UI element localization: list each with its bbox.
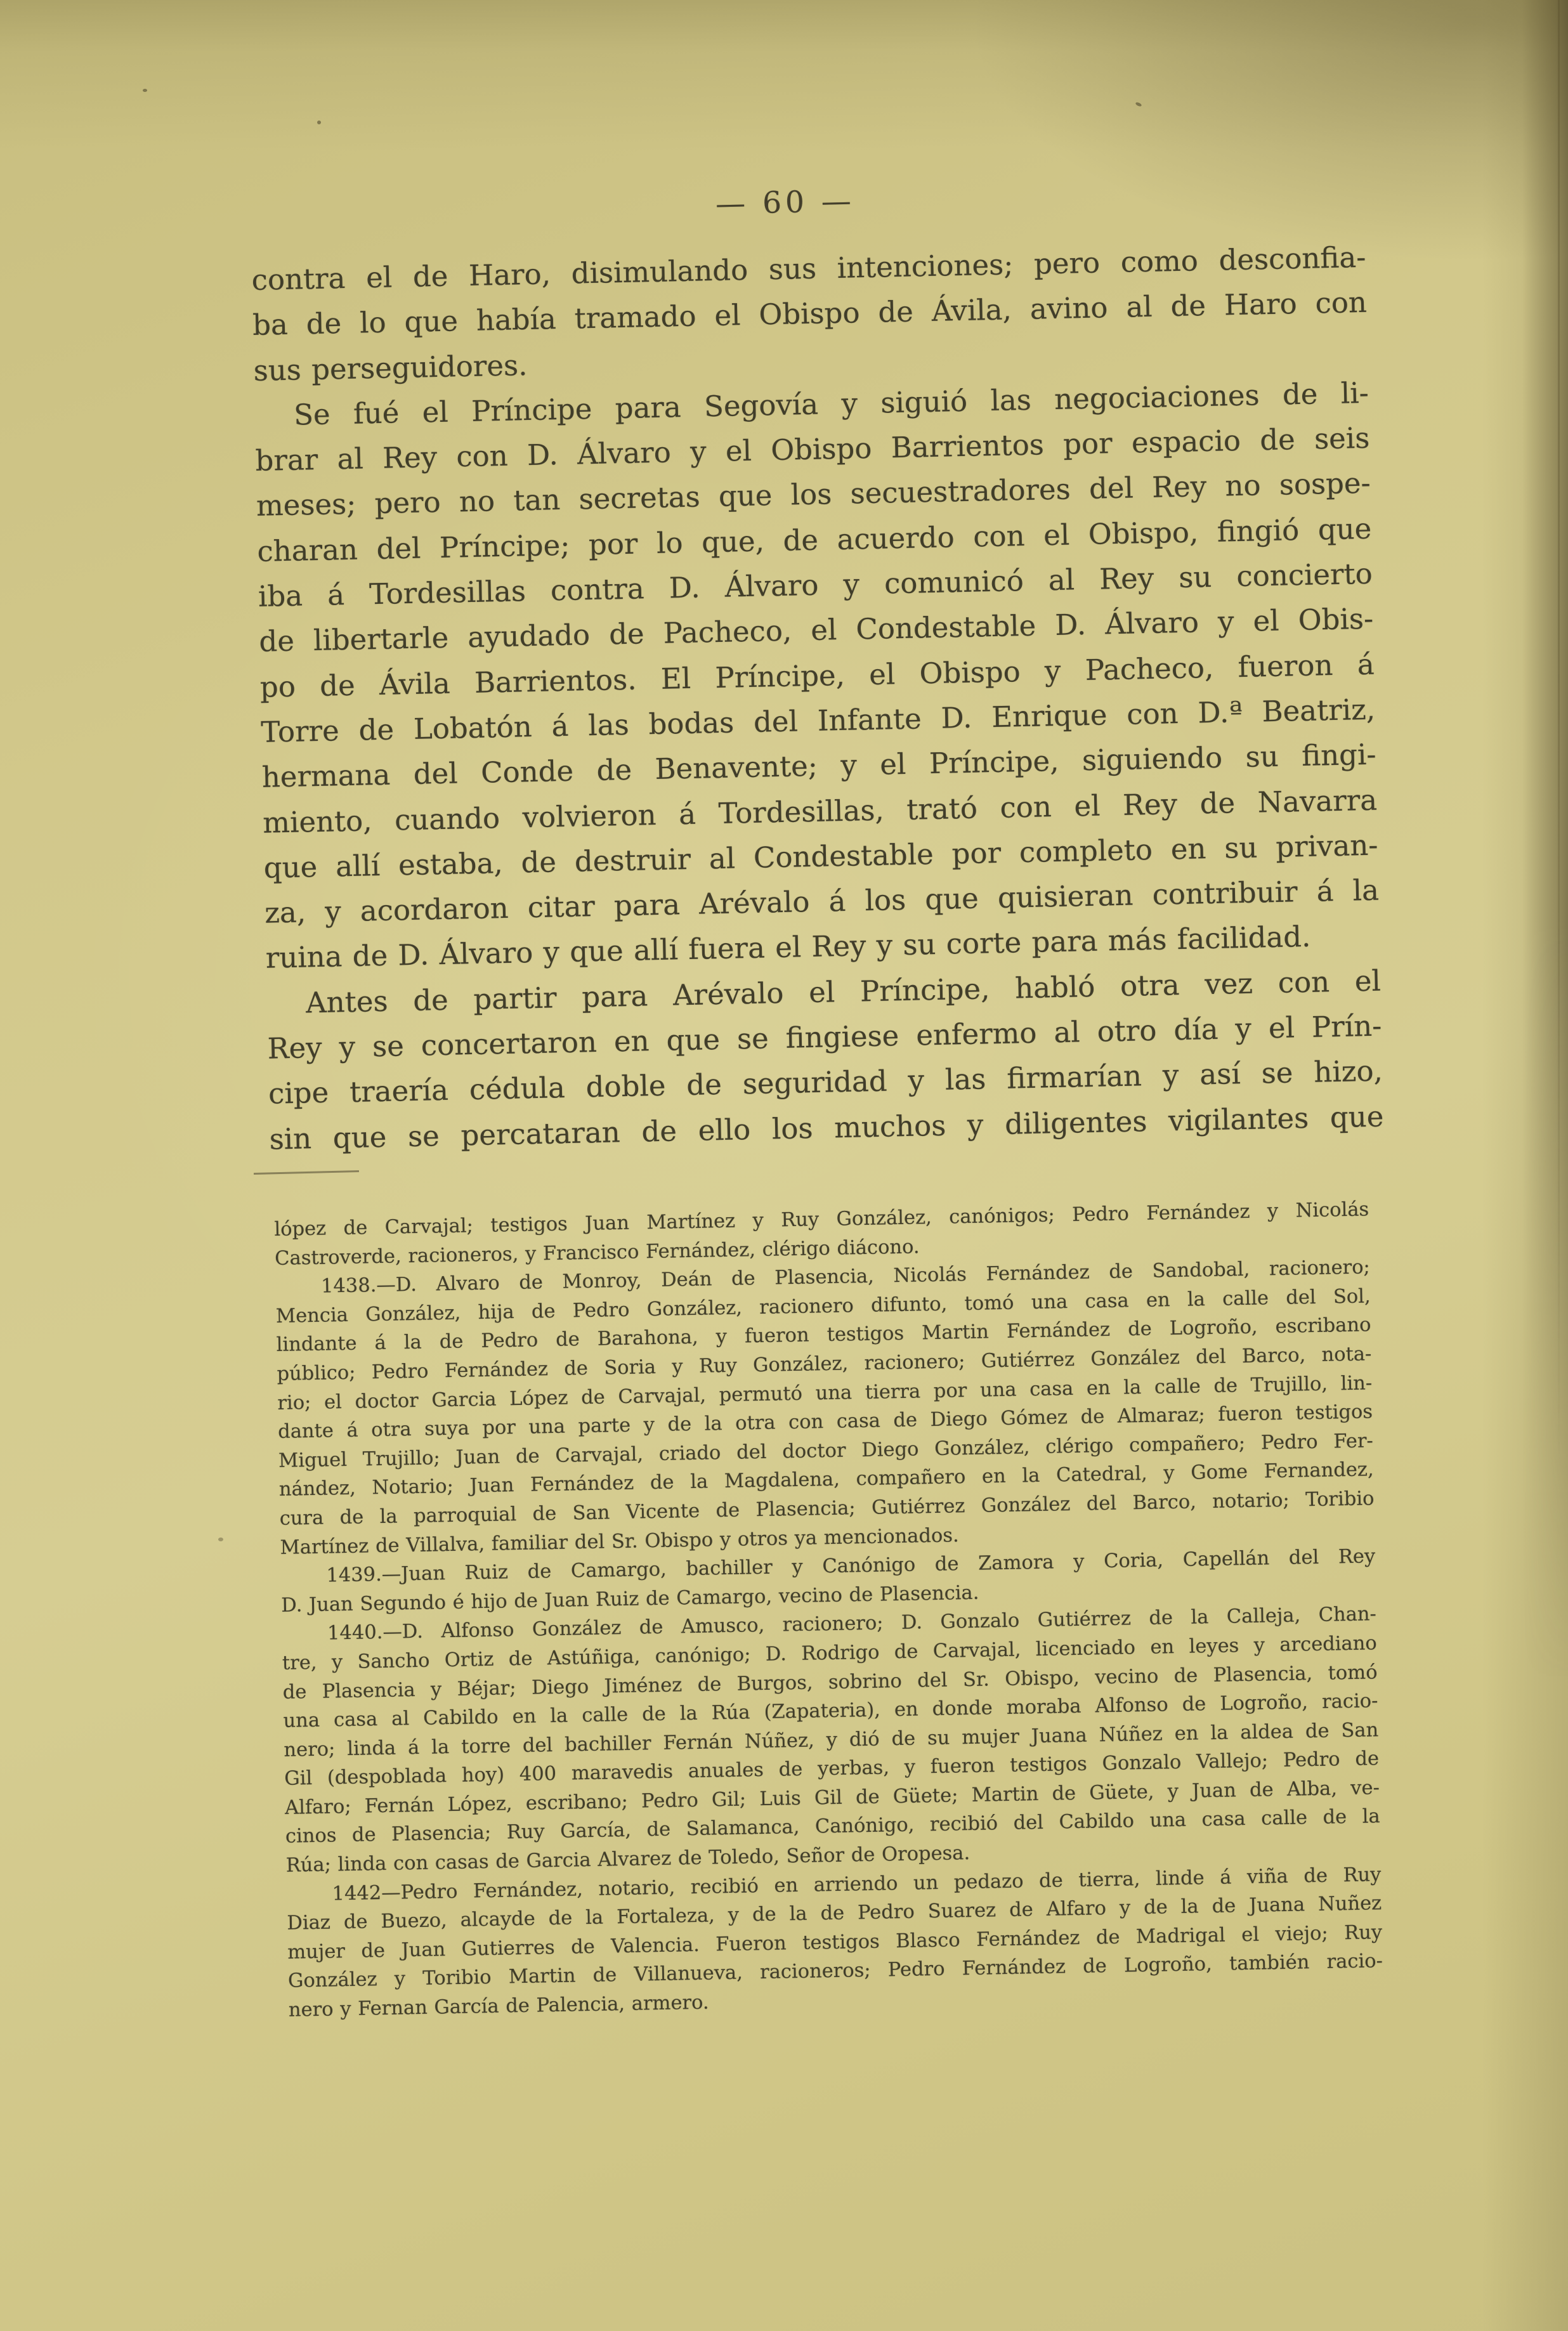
page-number: — 60 —	[670, 183, 899, 223]
page-edge-line	[1558, 0, 1560, 1459]
footnotes-block: lópez de Carvajal; testigos Juan Martíne…	[274, 1195, 1383, 2025]
footnote-separator	[254, 1170, 359, 1175]
page-gutter-shadow	[1522, 0, 1568, 1681]
paper-speck	[317, 121, 321, 124]
paper-speck	[218, 1538, 223, 1541]
paper-speck	[1135, 101, 1142, 107]
paper-speck	[143, 89, 147, 92]
main-text-block: contra el de Haro, disimulando sus inten…	[251, 235, 1384, 1162]
scanned-book-photo: { "page": { "number": "— 60 —" }, "color…	[0, 0, 1568, 2331]
book-page: — 60 — contra el de Haro, disimulando su…	[0, 0, 1568, 2331]
